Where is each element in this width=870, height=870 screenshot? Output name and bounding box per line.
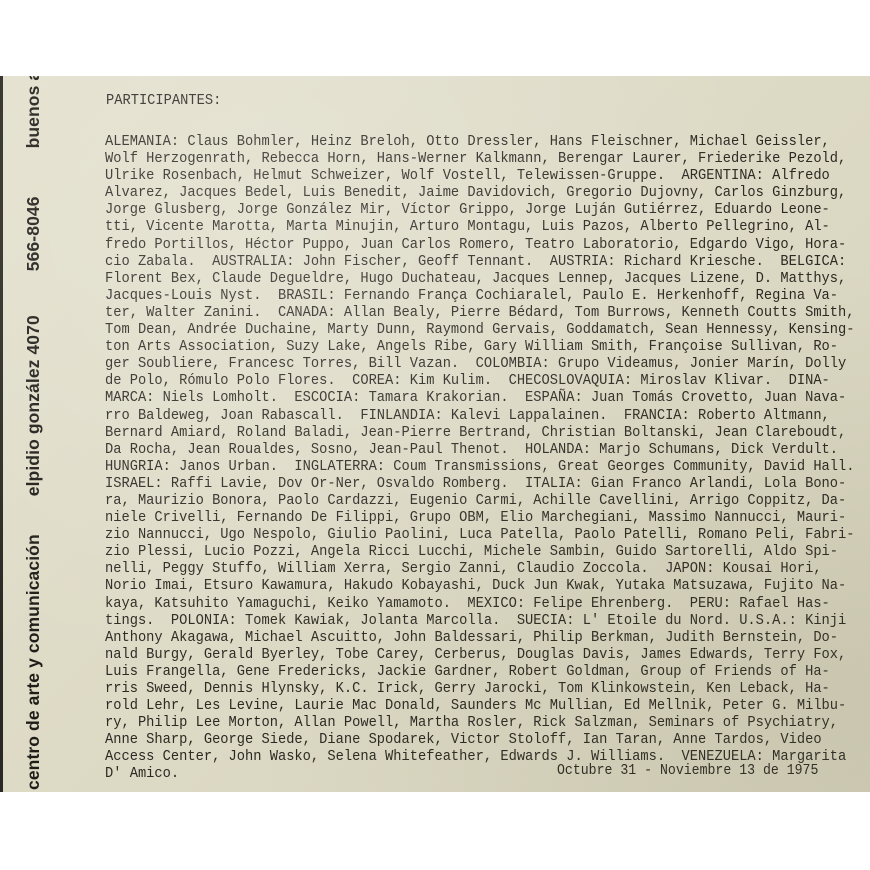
participants-line: MARCA: Niels Lomholt. ESCOCIA: Tamara Kr… [105,389,855,406]
participants-line: cio Zabala. AUSTRALIA: John Fischer, Geo… [105,253,855,270]
participants-line: kaya, Katsuhito Yamaguchi, Keiko Yamamot… [105,595,855,612]
participants-line: rris Sweed, Dennis Hlynsky, K.C. Irick, … [105,680,855,697]
participants-heading: PARTICIPANTES: [106,92,221,109]
participants-line: Anne Sharp, George Siede, Diane Spodarek… [105,731,855,748]
letterhead-sidebar: centro de arte y comunicaciónelpidio gon… [21,76,47,792]
letterhead-phone: 566-8046 [21,196,45,271]
participants-line: tti, Vicente Marotta, Marta Minujin, Art… [105,218,855,235]
participants-line: Florent Bex, Claude Degueldre, Hugo Duch… [105,270,855,287]
participants-line: Alvarez, Jacques Bedel, Luis Benedit, Ja… [105,184,855,201]
document-page: centro de arte y comunicaciónelpidio gon… [0,76,870,792]
participants-line: Da Rocha, Jean Roualdes, Sosno, Jean-Pau… [105,441,855,458]
participants-line: ter, Walter Zanini. CANADA: Allan Bealy,… [105,304,855,321]
participants-line: zio Plessi, Lucio Pozzi, Angela Ricci Lu… [105,543,855,560]
participants-line: Luis Frangella, Gene Fredericks, Jackie … [105,663,855,680]
participants-line: ger Soubliere, Francesc Torres, Bill Vaz… [105,355,855,372]
participants-line: de Polo, Rómulo Polo Flores. COREA: Kim … [105,372,855,389]
exhibition-dates: Octubre 31 - Noviembre 13 de 1975 [557,762,818,779]
participants-line: Tom Dean, Andrée Duchaine, Marty Dunn, R… [105,321,855,338]
participants-line: ISRAEL: Raffi Lavie, Dov Or-Ner, Osvaldo… [105,475,855,492]
participants-line: Jacques-Louis Nyst. BRASIL: Fernando Fra… [105,287,855,304]
participants-line: fredo Portillos, Héctor Puppo, Juan Carl… [105,236,855,253]
letterhead-text: centro de arte y comunicaciónelpidio gon… [21,76,45,790]
participants-line: rro Baldeweg, Joan Rabascall. FINLANDIA:… [105,407,855,424]
participants-line: ry, Philip Lee Morton, Allan Powell, Mar… [105,714,855,731]
participants-line: Anthony Akagawa, Michael Ascuitto, John … [105,629,855,646]
participants-line: Wolf Herzogenrath, Rebecca Horn, Hans-We… [105,150,855,167]
participants-line: Ulrike Rosenbach, Helmut Schweizer, Wolf… [105,167,855,184]
participants-line: Bernard Amiard, Roland Baladi, Jean-Pier… [105,424,855,441]
participants-line: Norio Imai, Etsuro Kawamura, Hakudo Koba… [105,577,855,594]
participants-line: HUNGRIA: Janos Urban. INGLATERRA: Coum T… [105,458,855,475]
participants-line: zio Nannucci, Ugo Nespolo, Giulio Paolin… [105,526,855,543]
participants-line: ra, Maurizio Bonora, Paolo Cardazzi, Eug… [105,492,855,509]
participants-list: ALEMANIA: Claus Bohmler, Heinz Breloh, O… [105,133,855,783]
letterhead-city: buenos aires [21,76,45,148]
participants-line: nelli, Peggy Stuffo, William Xerra, Serg… [105,560,855,577]
participants-line: niele Crivelli, Fernando De Filippi, Gru… [105,509,855,526]
letterhead-org: centro de arte y comunicación [21,534,45,790]
participants-line: nald Burgy, Gerald Byerley, Tobe Carey, … [105,646,855,663]
participants-line: ALEMANIA: Claus Bohmler, Heinz Breloh, O… [105,133,855,150]
participants-line: Jorge Glusberg, Jorge González Mir, Víct… [105,201,855,218]
letterhead-address: elpidio gonzález 4070 [21,315,45,496]
left-border-line [0,76,3,792]
participants-line: rold Lehr, Les Levine, Laurie Mac Donald… [105,697,855,714]
participants-line: tings. POLONIA: Tomek Kawiak, Jolanta Ma… [105,612,855,629]
participants-line: ton Arts Association, Suzy Lake, Angels … [105,338,855,355]
